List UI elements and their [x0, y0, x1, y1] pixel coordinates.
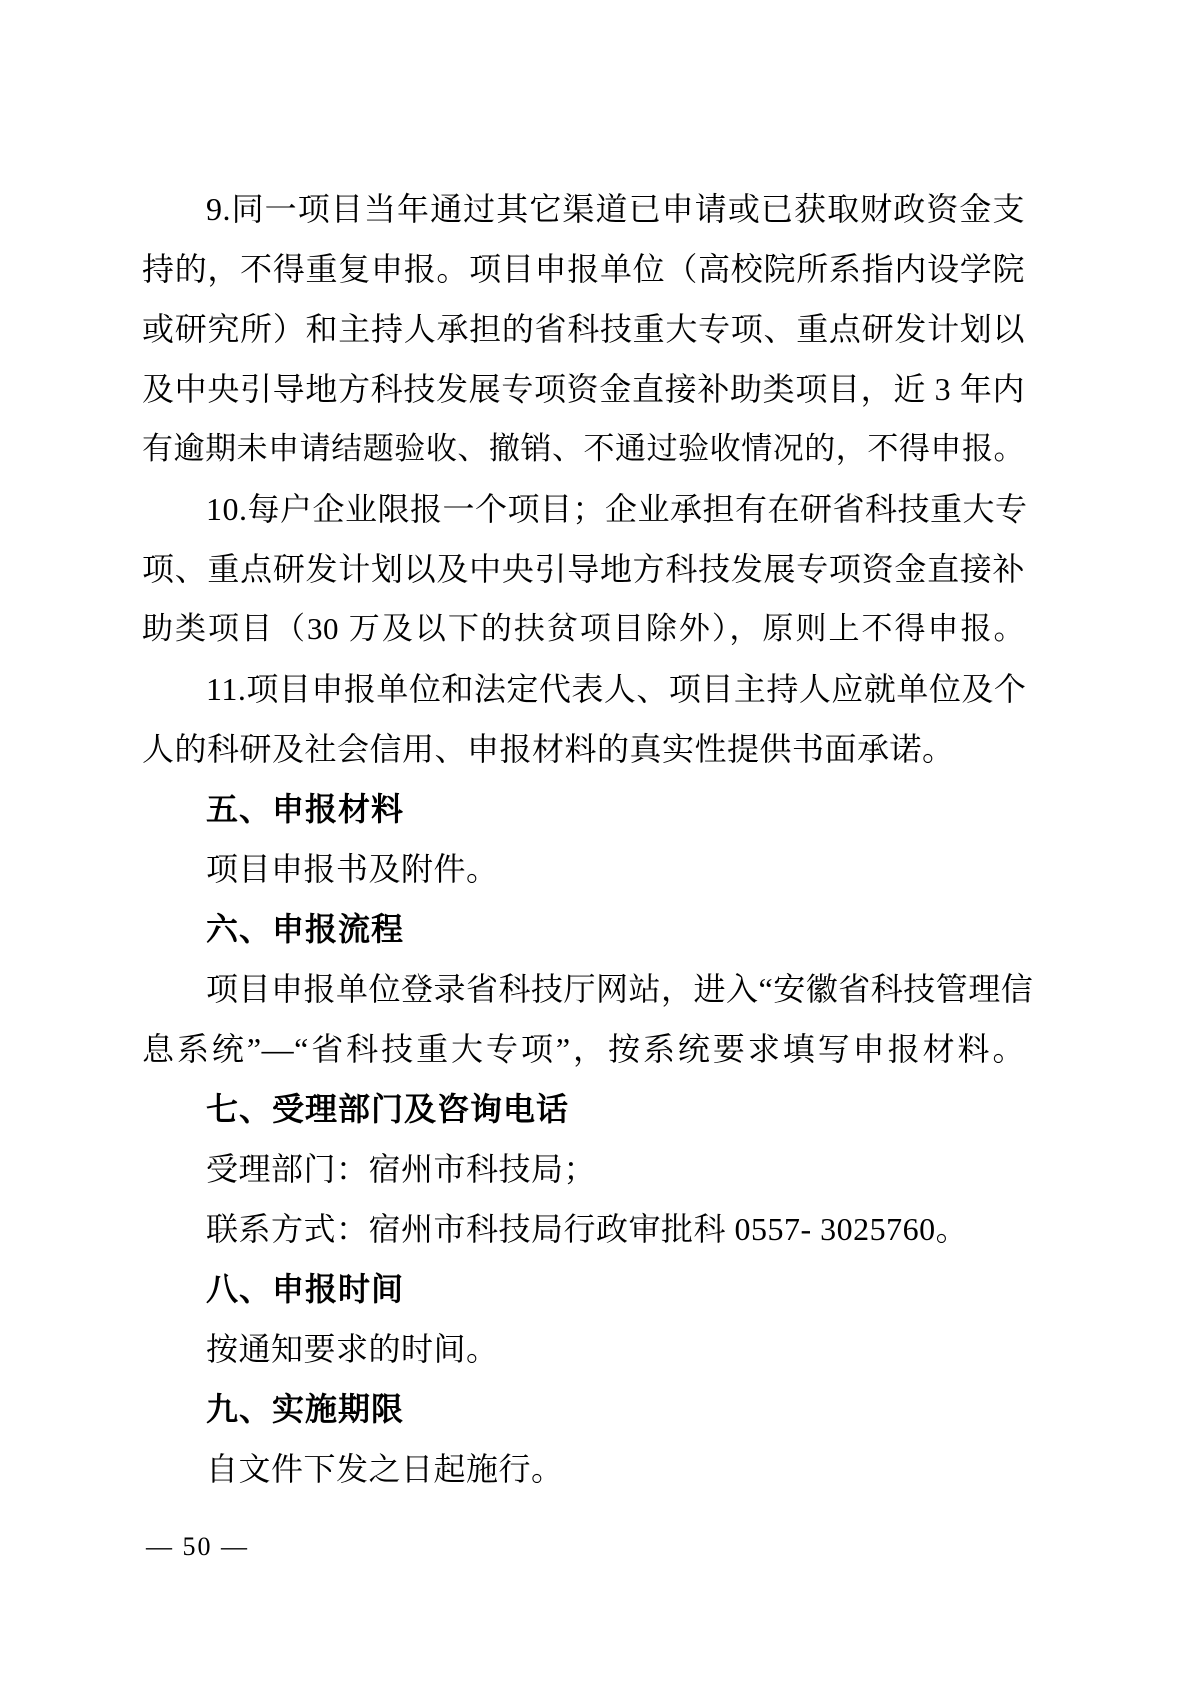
section-heading-7: 七、受理部门及咨询电话 [142, 1079, 1025, 1139]
section-heading-8: 八、申报时间 [142, 1259, 1025, 1319]
para9-line-1: 9.同一项目当年通过其它渠道已申请或已获取财政资金支 [142, 179, 1025, 239]
section5-body-line-1: 项目申报书及附件。 [142, 839, 1025, 899]
document-page: 9.同一项目当年通过其它渠道已申请或已获取财政资金支 持的，不得重复申报。项目申… [0, 0, 1190, 1683]
section-heading-5: 五、申报材料 [142, 779, 1025, 839]
section6-body-line-2: 息系统”—“省科技重大专项”，按系统要求填写申报材料。 [142, 1019, 1025, 1079]
para10-line-1: 10.每户企业限报一个项目；企业承担有在研省科技重大专 [142, 479, 1025, 539]
section6-body-line-1: 项目申报单位登录省科技厅网站，进入“安徽省科技管理信 [142, 959, 1025, 1019]
para10-line-2: 项、重点研发计划以及中央引导地方科技发展专项资金直接补 [142, 539, 1025, 599]
section7-body-line-2: 联系方式：宿州市科技局行政审批科 0557- 3025760。 [142, 1199, 1025, 1259]
para9-line-5: 有逾期未申请结题验收、撤销、不通过验收情况的，不得申报。 [142, 419, 1025, 479]
para9-line-3: 或研究所）和主持人承担的省科技重大专项、重点研发计划以 [142, 299, 1025, 359]
para9-line-2: 持的，不得重复申报。项目申报单位（高校院所系指内设学院 [142, 239, 1025, 299]
section7-body-line-1: 受理部门：宿州市科技局； [142, 1139, 1025, 1199]
para11-line-1: 11.项目申报单位和法定代表人、项目主持人应就单位及个 [142, 659, 1025, 719]
section8-body-line-1: 按通知要求的时间。 [142, 1319, 1025, 1379]
para9-line-4: 及中央引导地方科技发展专项资金直接补助类项目，近 3 年内 [142, 359, 1025, 419]
section-heading-6: 六、申报流程 [142, 899, 1025, 959]
document-body: 9.同一项目当年通过其它渠道已申请或已获取财政资金支 持的，不得重复申报。项目申… [142, 179, 1025, 1499]
section-heading-9: 九、实施期限 [142, 1379, 1025, 1439]
section9-body-line-1: 自文件下发之日起施行。 [142, 1439, 1025, 1499]
para11-line-2: 人的科研及社会信用、申报材料的真实性提供书面承诺。 [142, 719, 1025, 779]
page-number: — 50 — [146, 1532, 249, 1562]
para10-line-3: 助类项目（30 万及以下的扶贫项目除外），原则上不得申报。 [142, 599, 1025, 659]
